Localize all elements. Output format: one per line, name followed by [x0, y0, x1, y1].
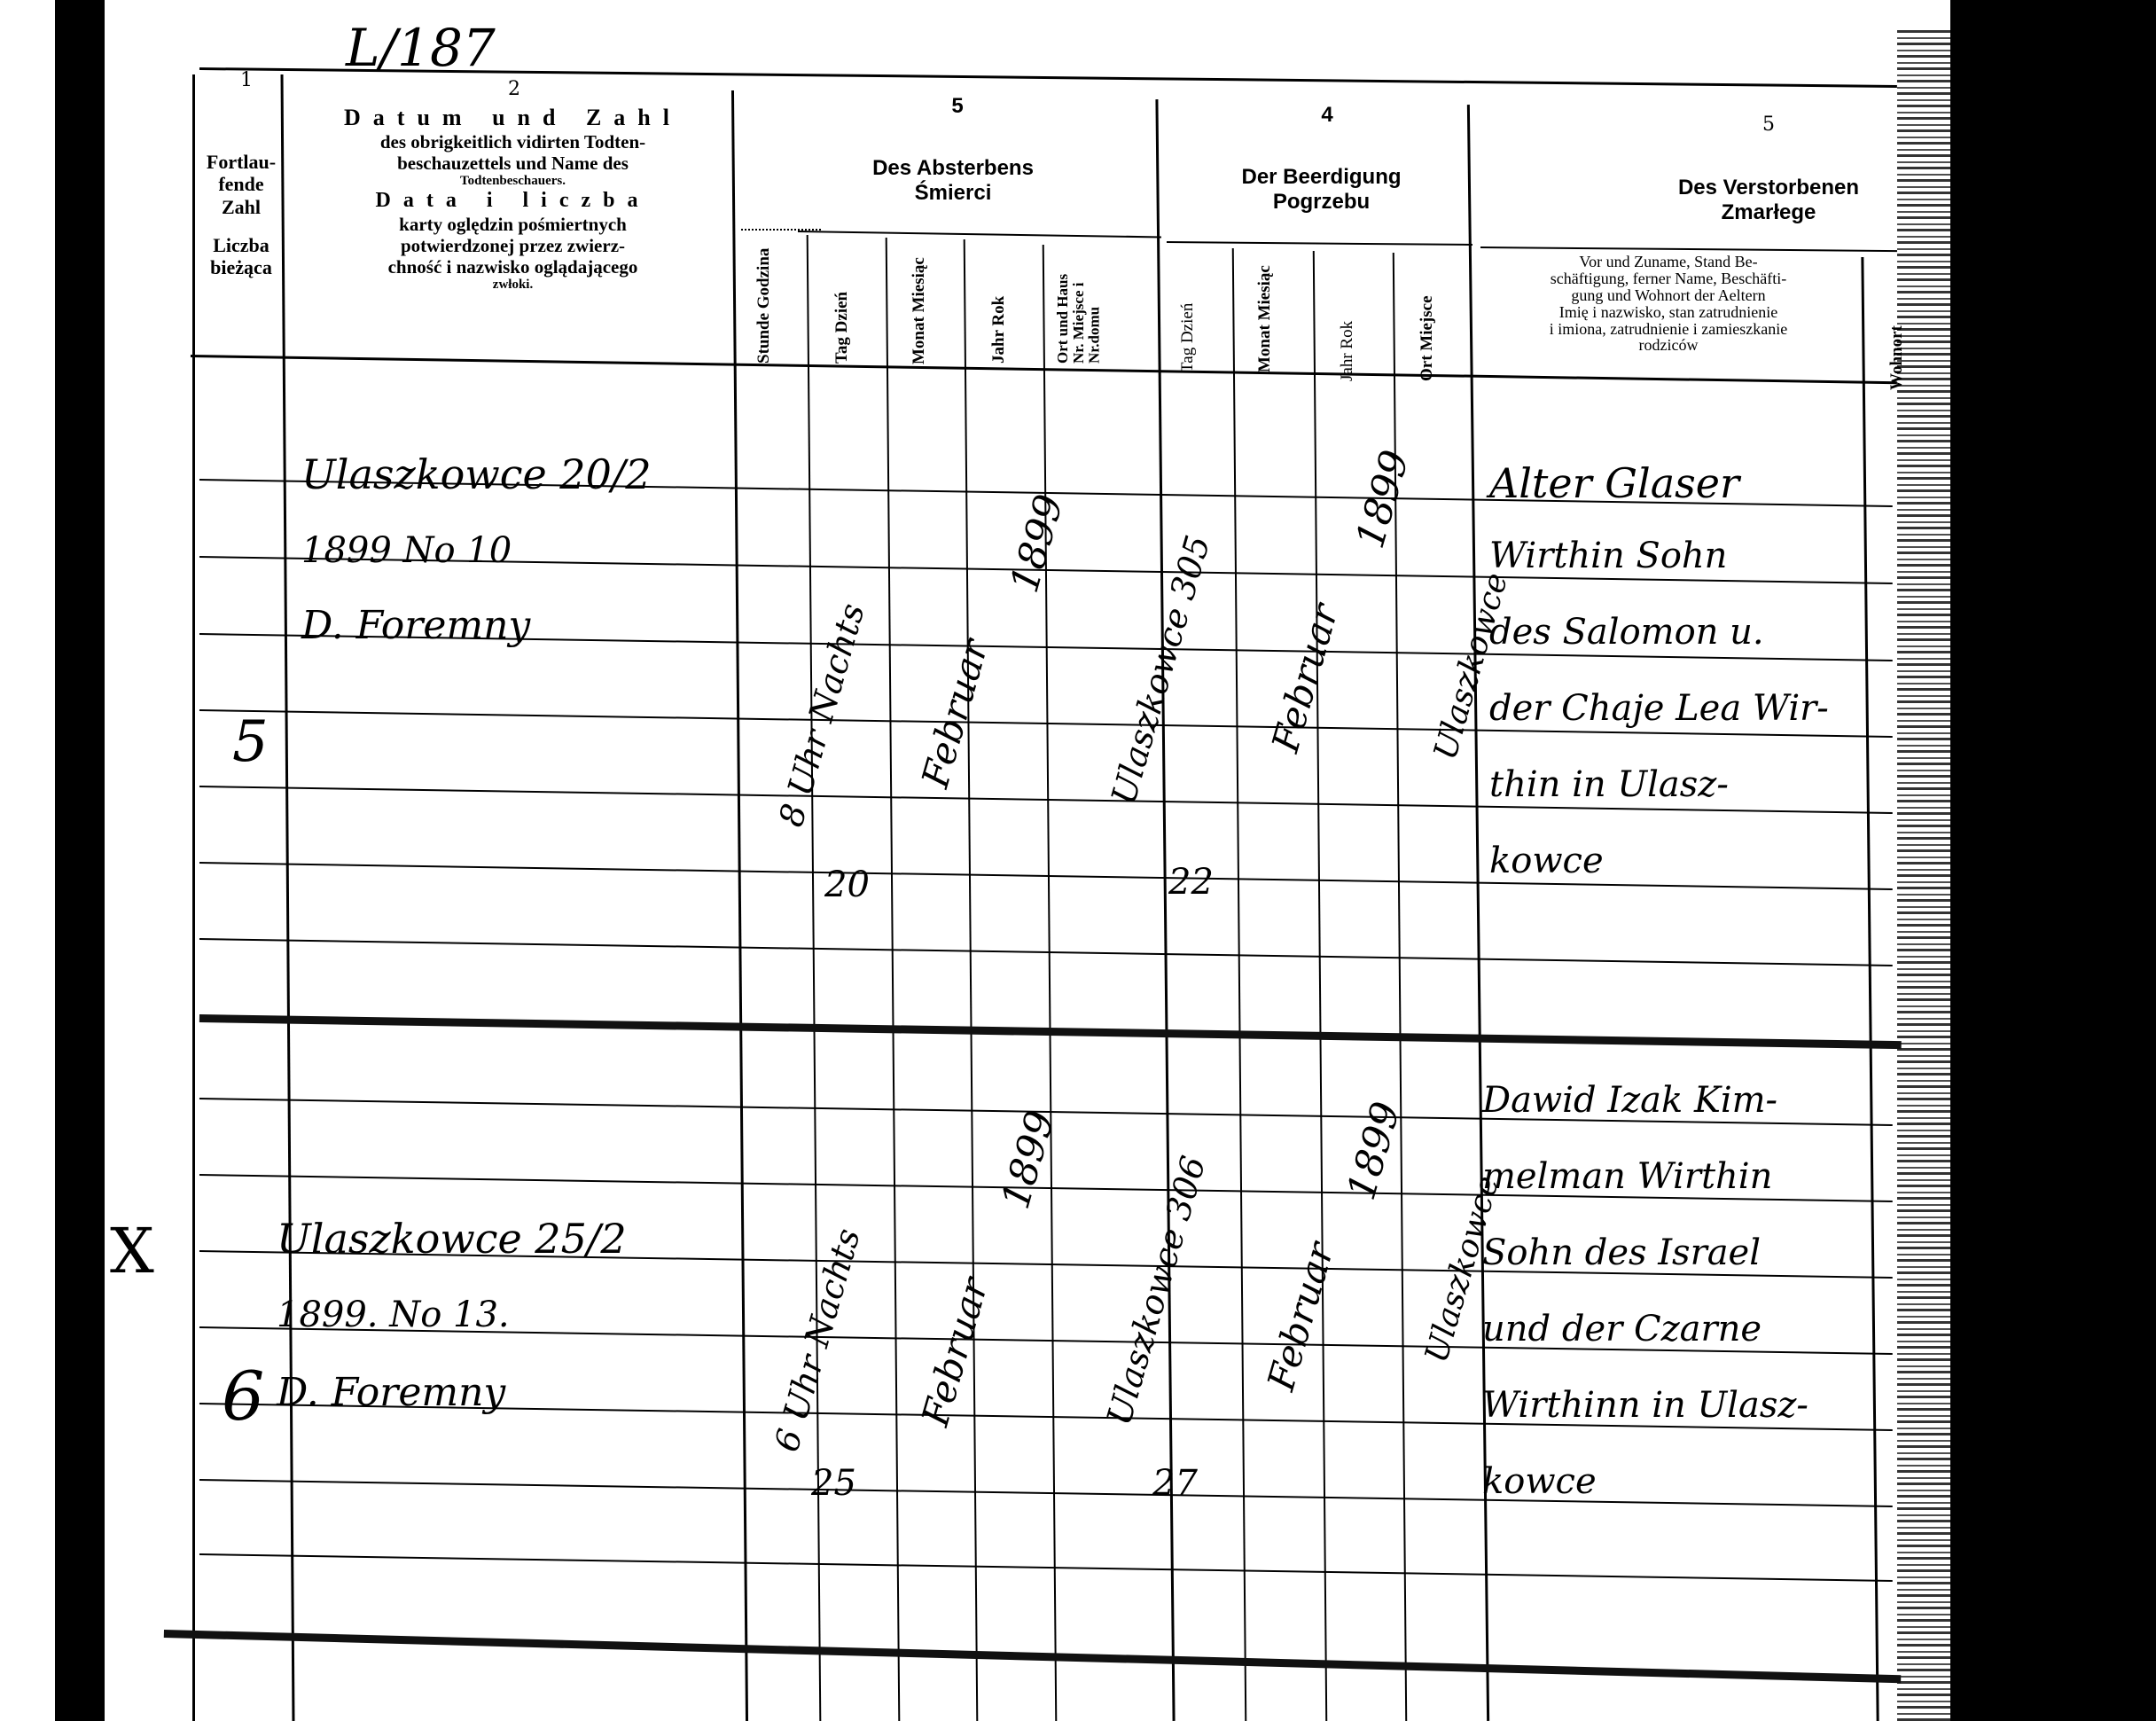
- certificate-line: D. Foremny: [277, 1370, 505, 1415]
- subcol-year: Jahr Rok: [1339, 319, 1356, 381]
- deceased-line: Wirthinn in Ulasz-: [1482, 1385, 1808, 1426]
- header-line: rodziców: [1482, 337, 1855, 354]
- col-divider: [1861, 257, 1879, 1721]
- entry-number: 5: [232, 709, 269, 775]
- deceased-line: thin in Ulasz-: [1489, 764, 1729, 805]
- certificate-line: 1899 No 10: [301, 530, 512, 571]
- header-line: chność i nazwisko oglądającego: [289, 256, 737, 278]
- burial-place: Ulaszkowce: [1427, 569, 1515, 763]
- column-number: 1: [229, 69, 264, 91]
- death-day: 25: [811, 1463, 856, 1504]
- row-rule: [199, 862, 1893, 890]
- certificate-line: Ulaszkowce 25/2: [277, 1215, 627, 1263]
- header-line: i imiona, zatrudnienie i zamieszkanie: [1482, 321, 1855, 338]
- scan-left-border: [55, 0, 105, 1721]
- death-place: Ulaszkowce 306: [1099, 1152, 1214, 1429]
- col-divider: [281, 74, 295, 1721]
- burial-day: 27: [1152, 1463, 1198, 1504]
- row-rule: [199, 1479, 1893, 1507]
- header-line: zwłoki.: [289, 278, 737, 293]
- header-line: Todtenbeschauers.: [289, 174, 737, 189]
- death-year: 1899: [1002, 489, 1073, 598]
- subcol-day: Tag Dzień: [833, 293, 851, 364]
- header-line: Des Absterbens: [745, 156, 1161, 181]
- column-number: 4: [1309, 103, 1345, 128]
- subcol-place: Ort und Haus Nr. Miejsce i Nr.domu: [1055, 257, 1135, 364]
- header-line: Vor und Zuname, Stand Be-: [1482, 254, 1855, 270]
- deceased-line: Wirthin Sohn: [1489, 536, 1727, 576]
- burial-month: Februar: [1259, 1238, 1342, 1396]
- deceased-line: melman Wirthin: [1482, 1156, 1772, 1197]
- death-month: Februar: [913, 635, 996, 793]
- certificate-line: 1899. No 13.: [277, 1295, 510, 1335]
- header-line: potwierdzonej przez zwierz-: [289, 235, 737, 256]
- burial-year: 1899: [1339, 1097, 1410, 1205]
- subcol-place: Ort Miejsce: [1418, 301, 1436, 381]
- header-line: des obrigkeitlich vidirten Todten-: [289, 131, 737, 153]
- burial-header: Der Beerdigung Pogrzebu: [1168, 165, 1474, 214]
- col-divider: [192, 74, 195, 1721]
- death-month: Februar: [913, 1273, 996, 1431]
- header-line: bieżąca: [193, 256, 289, 278]
- row-rule: [199, 938, 1893, 966]
- scan-right-border: [1950, 0, 2156, 1721]
- header-line: gung und Wohnort der Aeltern: [1482, 287, 1855, 304]
- header-line: Zahl: [193, 196, 289, 218]
- subcol-divider: [1043, 245, 1058, 1721]
- deceased-line: Dawid Izak Kim-: [1482, 1080, 1777, 1121]
- rule: [1480, 246, 1897, 252]
- header-line: Imię i nazwisko, stan zatrudnienie: [1482, 304, 1855, 321]
- subcol-hour: Stunde Godzina: [755, 266, 773, 364]
- header-line: Zmarłege: [1649, 200, 1888, 225]
- deceased-line: der Chaje Lea Wir-: [1489, 688, 1829, 729]
- entry-separator: [164, 1630, 1902, 1683]
- subcol-residence: Wohnort: [1888, 293, 1906, 390]
- header-line: Śmierci: [745, 181, 1161, 206]
- col1-header: Fortlau- fende Zahl Liczba bieżąca: [193, 151, 289, 278]
- certificate-line: Ulaszkowce 20/2: [301, 450, 652, 498]
- subcol-divider: [1313, 251, 1327, 1721]
- deceased-line: des Salomon u.: [1489, 612, 1764, 653]
- column-number: 5: [1751, 113, 1786, 136]
- death-header: Des Absterbens Śmierci: [745, 156, 1161, 205]
- header-line: Fortlau-: [193, 151, 289, 173]
- subcol-divider: [886, 238, 901, 1721]
- burial-month: Februar: [1263, 599, 1347, 757]
- death-day: 20: [824, 864, 870, 905]
- column-number: 2: [496, 78, 532, 100]
- header-line: beschauzettels und Name des: [289, 153, 737, 174]
- deceased-line: und der Czarne: [1482, 1309, 1762, 1349]
- deceased-line: Alter Glaser: [1489, 459, 1739, 507]
- header-line: Datum und Zahl: [289, 105, 737, 131]
- deceased-description: Vor und Zuname, Stand Be- schäftigung, f…: [1482, 254, 1855, 354]
- subcol-day: Tag Dzień: [1179, 310, 1197, 372]
- deceased-header: Des Verstorbenen Zmarłege: [1649, 176, 1888, 224]
- subcol-year: Jahr Rok: [990, 301, 1008, 364]
- header-line: karty oględzin pośmiertnych: [289, 214, 737, 235]
- death-year: 1899: [993, 1106, 1064, 1214]
- burial-day: 22: [1168, 862, 1214, 903]
- rule: [798, 231, 1161, 238]
- header-line: Liczba: [193, 234, 289, 256]
- header-line: fende: [193, 173, 289, 195]
- header-line: schäftigung, ferner Name, Beschäfti-: [1482, 270, 1855, 287]
- rule: [1167, 241, 1472, 246]
- deceased-line: kowce: [1482, 1461, 1597, 1502]
- margin-mark: X: [110, 1215, 154, 1287]
- header-line: Data i liczba: [289, 189, 737, 214]
- subcol-month: Monat Miesiąc: [1256, 284, 1274, 372]
- col2-header: Datum und Zahl des obrigkeitlich vidirte…: [289, 105, 737, 293]
- entry-number: 6: [222, 1357, 264, 1435]
- subcol-month: Monat Miesiąc: [910, 280, 928, 364]
- deceased-line: kowce: [1489, 841, 1604, 881]
- row-rule: [199, 1553, 1893, 1582]
- subcol-divider: [964, 239, 979, 1721]
- header-line: Der Beerdigung: [1168, 165, 1474, 190]
- subcol-divider: [1232, 248, 1246, 1721]
- certificate-line: D. Foremny: [301, 603, 530, 648]
- header-line: Des Verstorbenen: [1649, 176, 1888, 200]
- col-divider: [731, 90, 748, 1721]
- deceased-line: Sohn des Israel: [1482, 1232, 1761, 1273]
- header-line: Pogrzebu: [1168, 190, 1474, 215]
- column-number: 5: [940, 94, 975, 119]
